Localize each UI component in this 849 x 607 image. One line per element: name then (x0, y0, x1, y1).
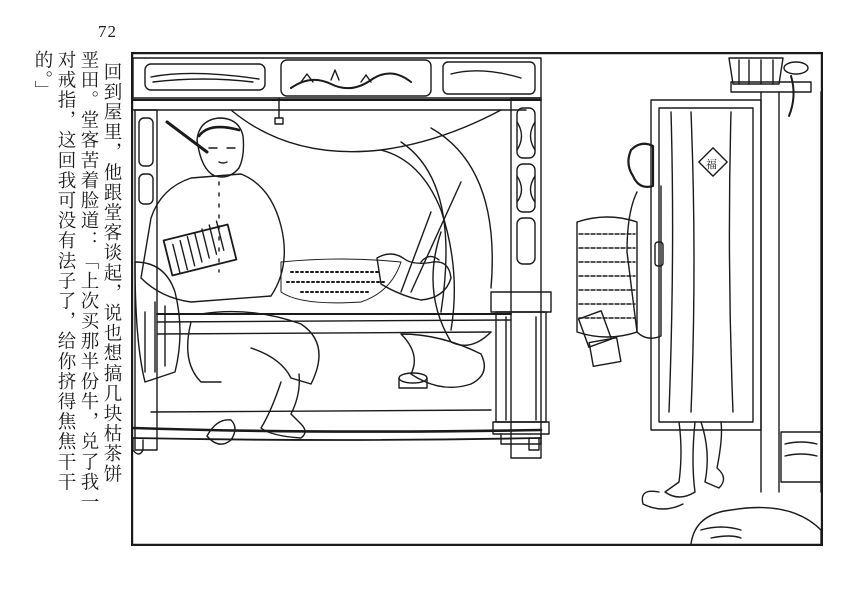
caption-column-4: 的。」 (28, 50, 56, 560)
door-charm: 福 (706, 158, 717, 171)
shoe-icon (207, 420, 235, 444)
abacus-icon (164, 221, 237, 275)
illustration-panel: 福 (131, 52, 823, 546)
wardrobe (729, 58, 821, 492)
cabinet-door: 福 (651, 100, 761, 430)
page-number: 72 (98, 22, 117, 42)
woman-with-basket (577, 144, 724, 509)
floor-bundle (691, 508, 821, 545)
seated-man (135, 118, 319, 444)
canopy-bed (133, 58, 551, 458)
bundle-of-cloth (401, 334, 484, 387)
